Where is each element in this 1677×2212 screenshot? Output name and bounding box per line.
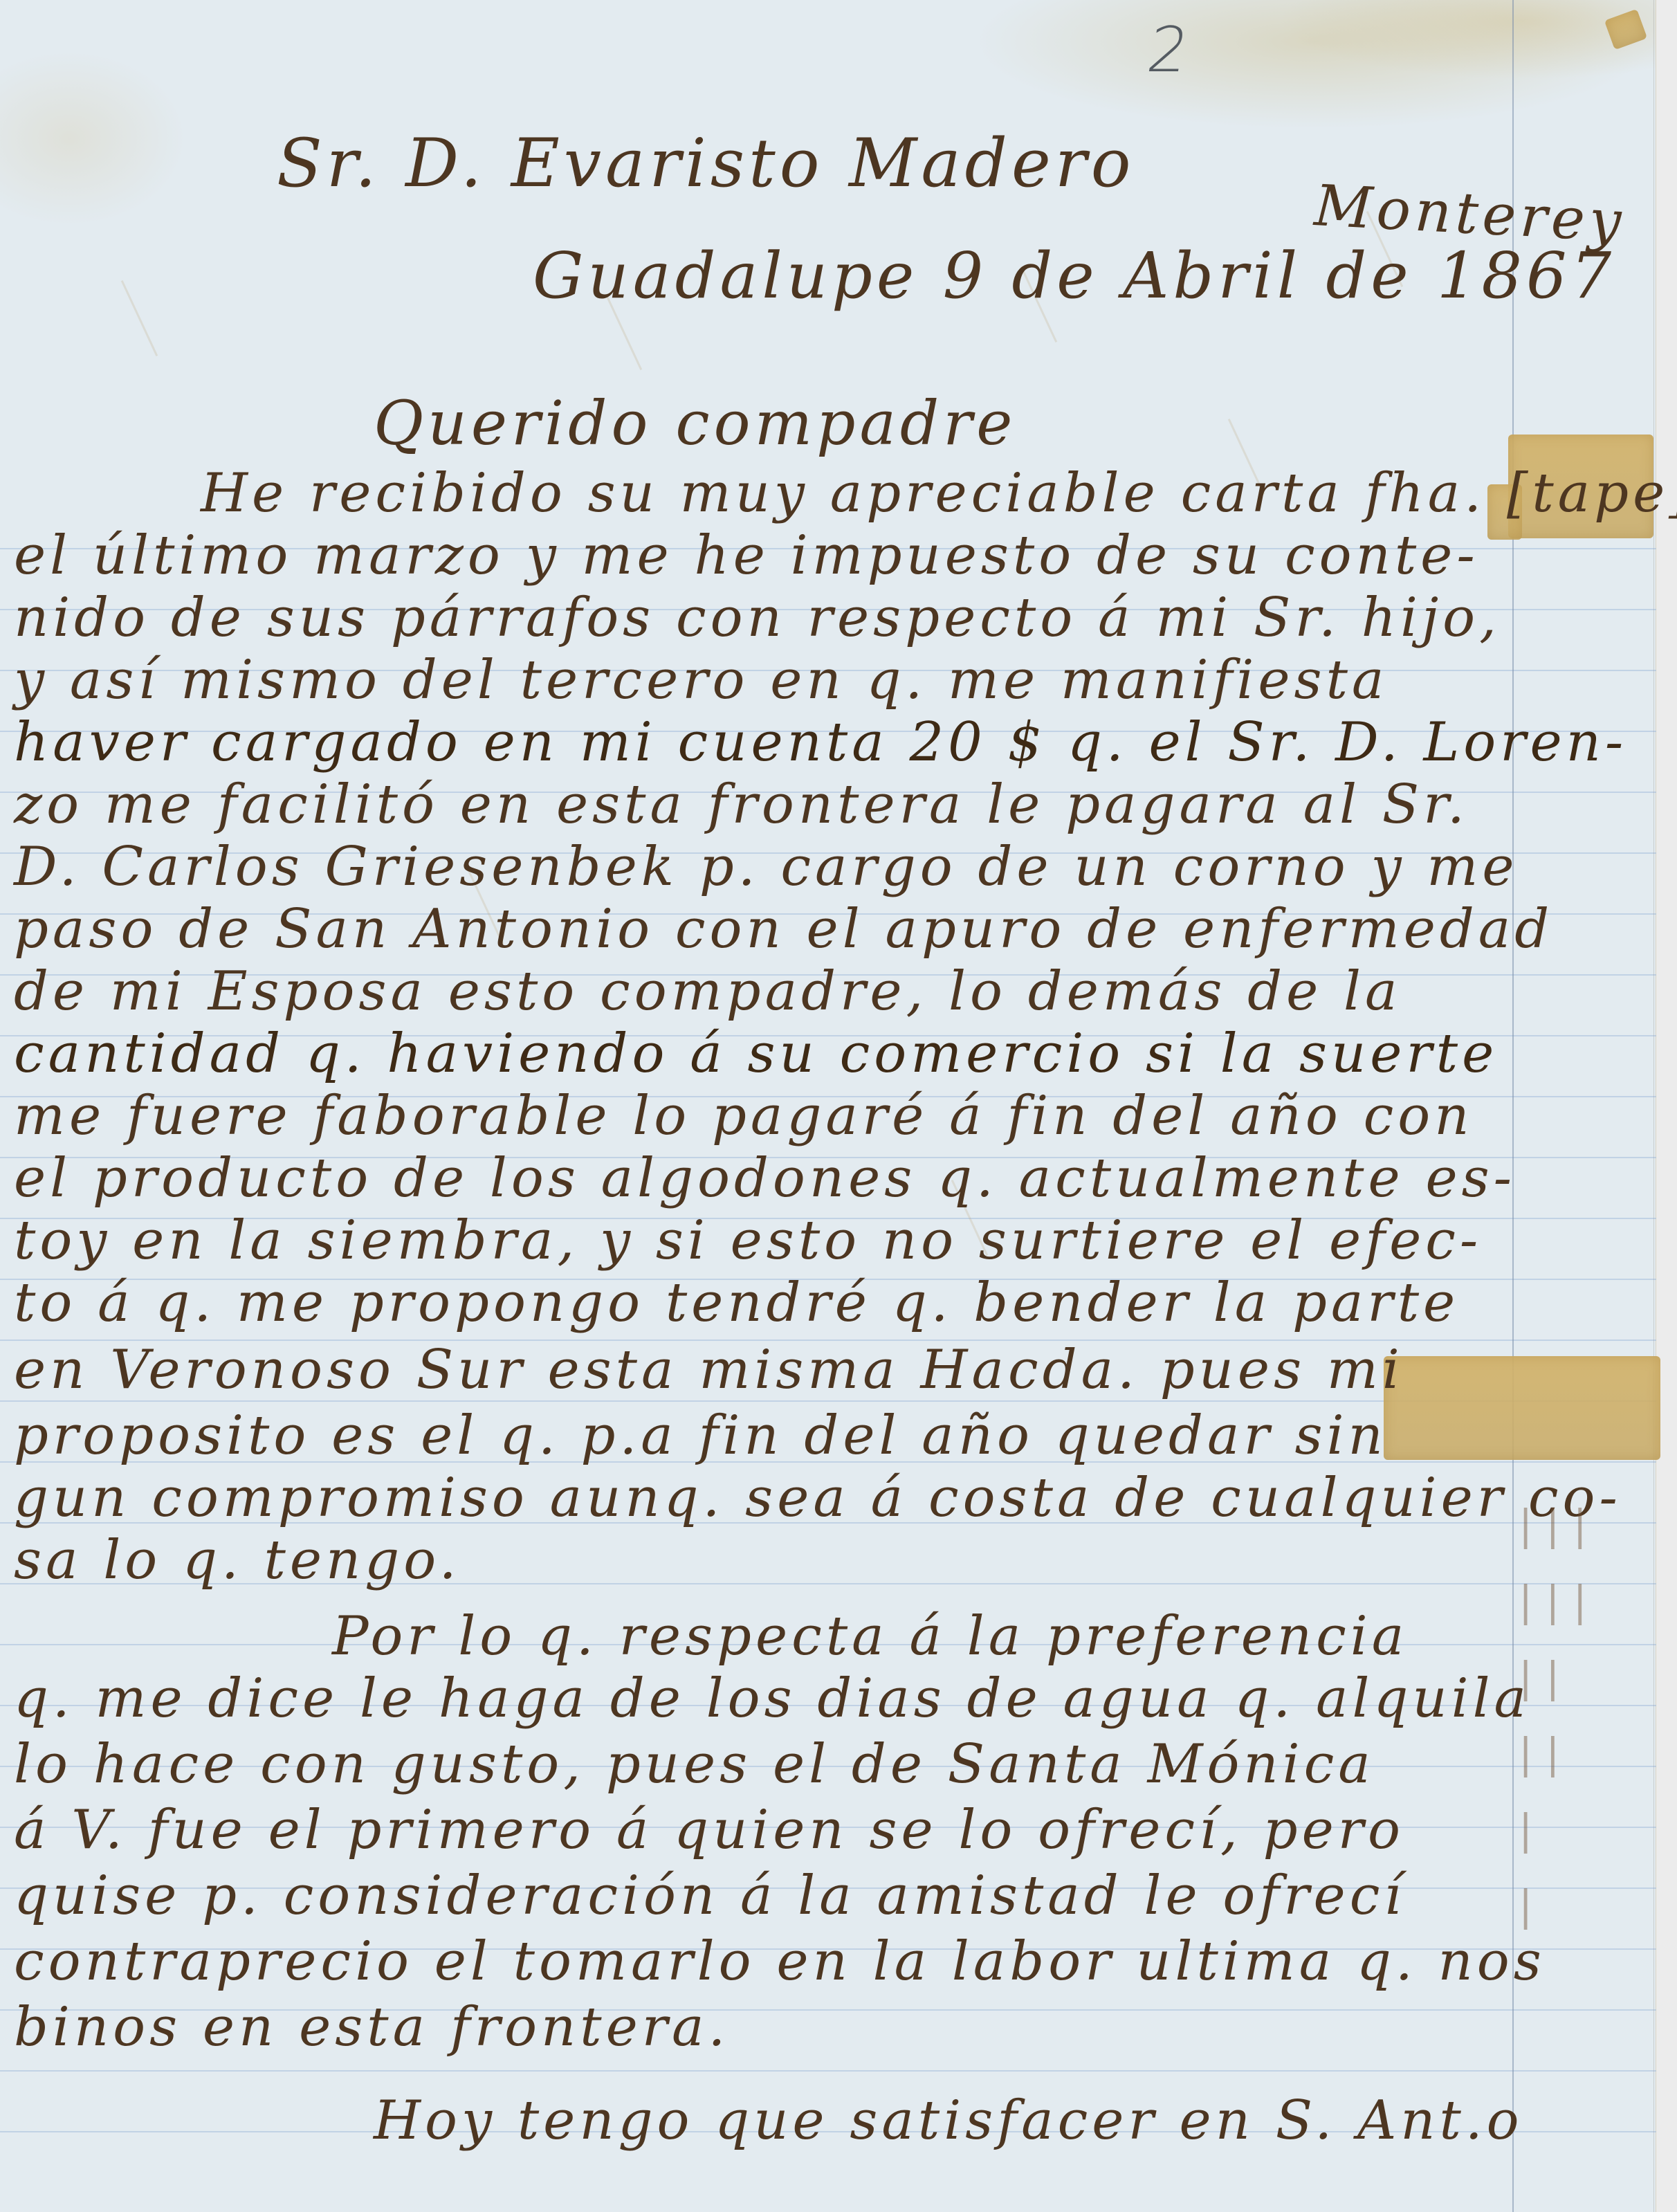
body-line: Hoy tengo que satisfacer en S. Ant.o	[374, 2090, 1523, 2152]
addressee: Sr. D. Evaristo Madero	[277, 125, 1135, 202]
tape-patch	[1604, 9, 1647, 50]
margin-stroke: | | |	[1519, 1564, 1629, 1640]
body-line: zo me facilitó en esta frontera le pagar…	[14, 774, 1469, 836]
margin-stroke: | |	[1519, 1716, 1629, 1792]
body-line: He recibido su muy apreciable carta fha.…	[201, 462, 1677, 524]
margin-stroke: | |	[1519, 1640, 1629, 1716]
body-line: haver cargado en mi cuenta 20 $ q. el Sr…	[14, 711, 1627, 774]
body-line: el producto de los algodones q. actualme…	[14, 1147, 1516, 1209]
body-line: á V. fue el primero á quien se lo ofrecí…	[14, 1799, 1404, 1861]
paper-edge	[1656, 0, 1677, 2212]
body-line: nido de sus párrafos con respecto á mi S…	[14, 587, 1501, 649]
body-line: paso de San Antonio con el apuro de enfe…	[14, 898, 1553, 960]
body-line: Por lo q. respecta á la preferencia	[332, 1605, 1408, 1667]
bleed-through-mark	[121, 280, 158, 356]
body-line: q. me dice le haga de los dias de agua q…	[14, 1667, 1530, 1730]
body-line: contraprecio el tomarlo en la labor ulti…	[14, 1930, 1546, 1993]
body-line: binos en esta frontera.	[14, 1996, 729, 2058]
paper-fold-line	[1653, 0, 1654, 2212]
body-line: proposito es el q. p.a fin del año queda…	[14, 1405, 1387, 1467]
body-line: el último marzo y me he impuesto de su c…	[14, 524, 1479, 587]
body-line: toy en la siembra, y si esto no surtiere…	[14, 1209, 1482, 1272]
marginal-marks: | | | | | | | | | | | |	[1519, 1488, 1629, 1972]
tape-patch	[1384, 1356, 1660, 1460]
margin-stroke: | | |	[1519, 1488, 1629, 1564]
margin-line	[1512, 0, 1514, 2212]
margin-stroke: |	[1519, 1792, 1629, 1868]
body-line: sa lo q. tengo.	[14, 1529, 461, 1591]
body-line: quise p. consideración á la amistad le o…	[14, 1865, 1405, 1927]
letter-page: 2 Sr. D. Evaristo Madero Monterey Guadal…	[0, 0, 1677, 2212]
body-line: y así mismo del tercero en q. me manifie…	[14, 649, 1388, 711]
body-line: me fuere faborable lo pagaré á fin del a…	[14, 1085, 1473, 1147]
body-line: gun compromiso aunq. sea á costa de cual…	[14, 1467, 1622, 1529]
body-line: D. Carlos Griesenbek p. cargo de un corn…	[14, 836, 1519, 898]
dateline: Guadalupe 9 de Abril de 1867	[533, 239, 1615, 313]
ruled-line	[0, 2070, 1656, 2072]
body-line: de mi Esposa esto compadre, lo demás de …	[14, 960, 1401, 1023]
pencil-page-number: 2	[1142, 14, 1195, 86]
body-line: en Veronoso Sur esta misma Hacda. pues m…	[14, 1339, 1404, 1401]
body-line: cantidad q. haviendo á su comercio si la…	[14, 1023, 1498, 1085]
salutation: Querido compadre	[374, 387, 1016, 459]
body-line: lo hace con gusto, pues el de Santa Móni…	[14, 1733, 1375, 1795]
margin-stroke: |	[1519, 1868, 1629, 1944]
body-line: to á q. me propongo tendré q. bender la …	[14, 1272, 1459, 1334]
